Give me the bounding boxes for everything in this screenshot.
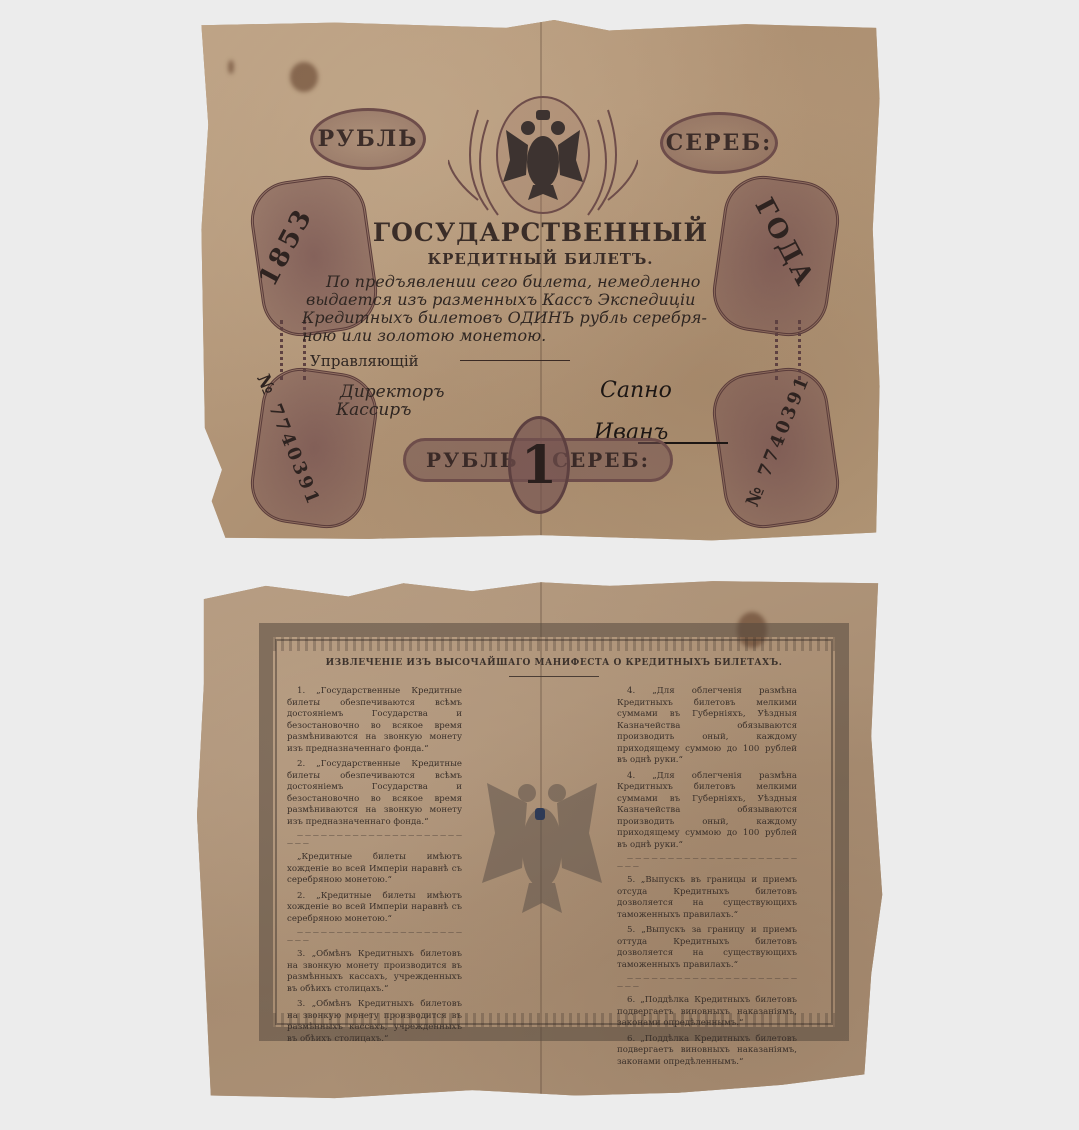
manifesto-article: 3. „Обмѣнъ Кредитныхъ билетовъ на звонку… — [287, 949, 462, 995]
manifesto-article: 5. „Выпускъ за границу и приемъ оттуда К… — [617, 925, 797, 971]
director-signature: Сапно — [600, 378, 672, 403]
denomination-numeral: 1 — [508, 416, 570, 514]
promise-line-1: По предъявлении сего билета, немедленно — [326, 272, 700, 291]
promise-line-4: ною или золотою монетою. — [302, 326, 546, 345]
manifesto-article: 2. „Кредитные билеты имѣютъ хожденіе во … — [287, 891, 462, 926]
title-line-2: КРЕДИТНЫЙ БИЛЕТЪ. — [198, 250, 883, 268]
cashier-label: Кассиръ — [336, 400, 412, 420]
sereb-label: СЕРЕБ: — [666, 130, 773, 156]
banknote-front: РУБЛЬ СЕРЕБ: 1853 ГОДА № 7740391 № 77403… — [198, 20, 883, 543]
promise-line-3: Кредитныхъ билетовъ ОДИНЪ рубль серебря- — [302, 308, 707, 327]
manifesto-article: 4. „Для облегченія размѣна Кредитныхъ би… — [617, 771, 797, 852]
manifesto-article: 5. „Выпускъ въ границы и приемъ отсуда К… — [617, 875, 797, 921]
manager-label: Управляющій — [310, 352, 419, 370]
manifesto-article: 3. „Обмѣнъ Кредитныхъ билетовъ на звонку… — [287, 999, 462, 1045]
manager-signature-line — [460, 360, 570, 361]
manifesto-article: 6. „Поддѣлка Кредитныхъ билетовъ подверг… — [617, 1034, 797, 1069]
manifesto-article: „Кредитные билеты имѣютъ хожденіе во все… — [287, 852, 462, 887]
double-headed-eagle-icon — [448, 90, 638, 230]
manifesto-right-column: 4. „Для облегченія размѣна Кредитныхъ би… — [617, 686, 797, 1072]
manifesto-heading: ИЗВЛЕЧЕНІЕ ИЗЪ ВЫСОЧАЙШАГО МАНИФЕСТА О К… — [259, 658, 849, 668]
ink-mark — [535, 808, 545, 820]
manifesto-footnote: — — — — — — — — — — — — — — — — — — — — … — [287, 929, 462, 945]
manifesto-article: 4. „Для облегченія размѣна Кредитныхъ би… — [617, 686, 797, 767]
manifesto-footnote: — — — — — — — — — — — — — — — — — — — — … — [617, 855, 797, 871]
stain — [228, 60, 234, 74]
manifesto-article: 1. „Государственные Кредитные билеты обе… — [287, 686, 462, 755]
promise-line-2: выдается изъ разменныхъ Кассъ Экспедиціи — [306, 290, 695, 309]
top-right-oval: СЕРЕБ: — [660, 112, 778, 174]
double-headed-eagle-watermark-icon — [467, 763, 617, 923]
title-line-1: ГОСУДАРСТВЕННЫЙ — [198, 218, 883, 247]
manifesto-article: 2. „Государственные Кредитные билеты обе… — [287, 759, 462, 828]
rubl-label: РУБЛЬ — [318, 126, 419, 152]
right-column-ornament — [775, 320, 801, 380]
numeral-one: 1 — [521, 435, 557, 496]
manifesto-footnote: — — — — — — — — — — — — — — — — — — — — … — [287, 832, 462, 848]
heading-rule — [509, 676, 599, 677]
bottom-rubl-label: РУБЛЬ — [426, 448, 519, 472]
banknote-back: ИЗВЛЕЧЕНІЕ ИЗЪ ВЫСОЧАЙШАГО МАНИФЕСТА О К… — [197, 578, 885, 1106]
manifesto-article: 6. „Поддѣлка Кредитныхъ билетовъ подверг… — [617, 995, 797, 1030]
director-label: Директоръ — [340, 382, 444, 402]
top-left-oval: РУБЛЬ — [310, 108, 426, 170]
manifesto-left-column: 1. „Государственные Кредитные билеты обе… — [287, 686, 462, 1049]
stain — [290, 62, 318, 92]
manifesto-footnote: — — — — — — — — — — — — — — — — — — — — … — [617, 975, 797, 991]
